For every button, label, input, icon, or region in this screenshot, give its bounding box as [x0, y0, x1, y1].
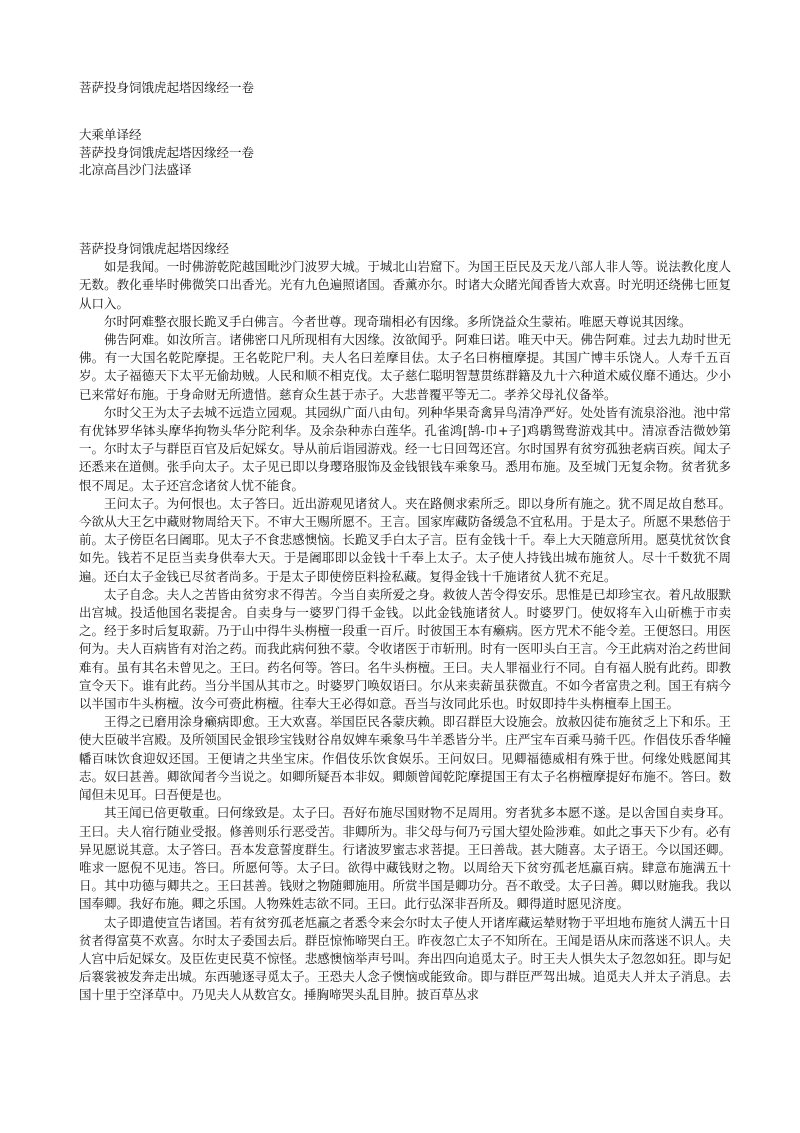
translator-credit: 北凉高昌沙门法盛译 — [79, 161, 254, 179]
paragraph: 如是我闻。一时佛游乾陀越国毗沙门波罗大城。于城北山岩窟下。为国王臣民及天龙八部人… — [79, 258, 731, 313]
paragraph: 尔时父王为太子去城不远造立园观。其园纵广面八由旬。列种华果奇禽异鸟清净严好。处处… — [79, 404, 731, 495]
collection-name: 大乘单译经 — [79, 126, 254, 144]
paragraph: 太子自念。夫人之苦皆由贫穷求不得苦。今当自卖所爱之身。救彼人苦令得安乐。思惟是已… — [79, 586, 731, 713]
document-body: 菩萨投身饲饿虎起塔因缘经 如是我闻。一时佛游乾陀越国毗沙门波罗大城。于城北山岩窟… — [79, 240, 731, 1005]
document-meta: 大乘单译经 菩萨投身饲饿虎起塔因缘经一卷 北凉高昌沙门法盛译 — [79, 126, 254, 179]
paragraph: 佛告阿难。如汝所言。诸佛密口凡所现相有大因缘。汝欲闻乎。阿难曰诺。唯天中天。佛告… — [79, 331, 731, 404]
paragraph: 其王闻已倍更敬重。曰何缘致是。太子曰。吾好布施尽国财物不足周用。穷者犹多本愿不遂… — [79, 804, 731, 913]
paragraph: 王得之已磨用涂身癞病即愈。王大欢喜。举国臣民各蒙庆赖。即召群臣大设施会。放赦囚徒… — [79, 713, 731, 804]
paragraph: 太子即遣使宣告诸国。若有贫穷孤老尪羸之者悉令来会尔时太子使人开诸库藏运辇财物于平… — [79, 914, 731, 1005]
paragraph: 尔时阿难整衣服长跪叉手白佛言。今者世尊。现奇瑞相必有因缘。多所饶益众生蒙祐。唯愿… — [79, 313, 731, 331]
sutra-name: 菩萨投身饲饿虎起塔因缘经一卷 — [79, 144, 254, 162]
paragraph: 王问太子。为何恨也。太子答曰。近出游观见诸贫人。夹在路侧求索所乏。即以身所有施之… — [79, 495, 731, 586]
document-title: 菩萨投身饲饿虎起塔因缘经一卷 — [79, 79, 254, 97]
section-title: 菩萨投身饲饿虎起塔因缘经 — [79, 240, 731, 258]
